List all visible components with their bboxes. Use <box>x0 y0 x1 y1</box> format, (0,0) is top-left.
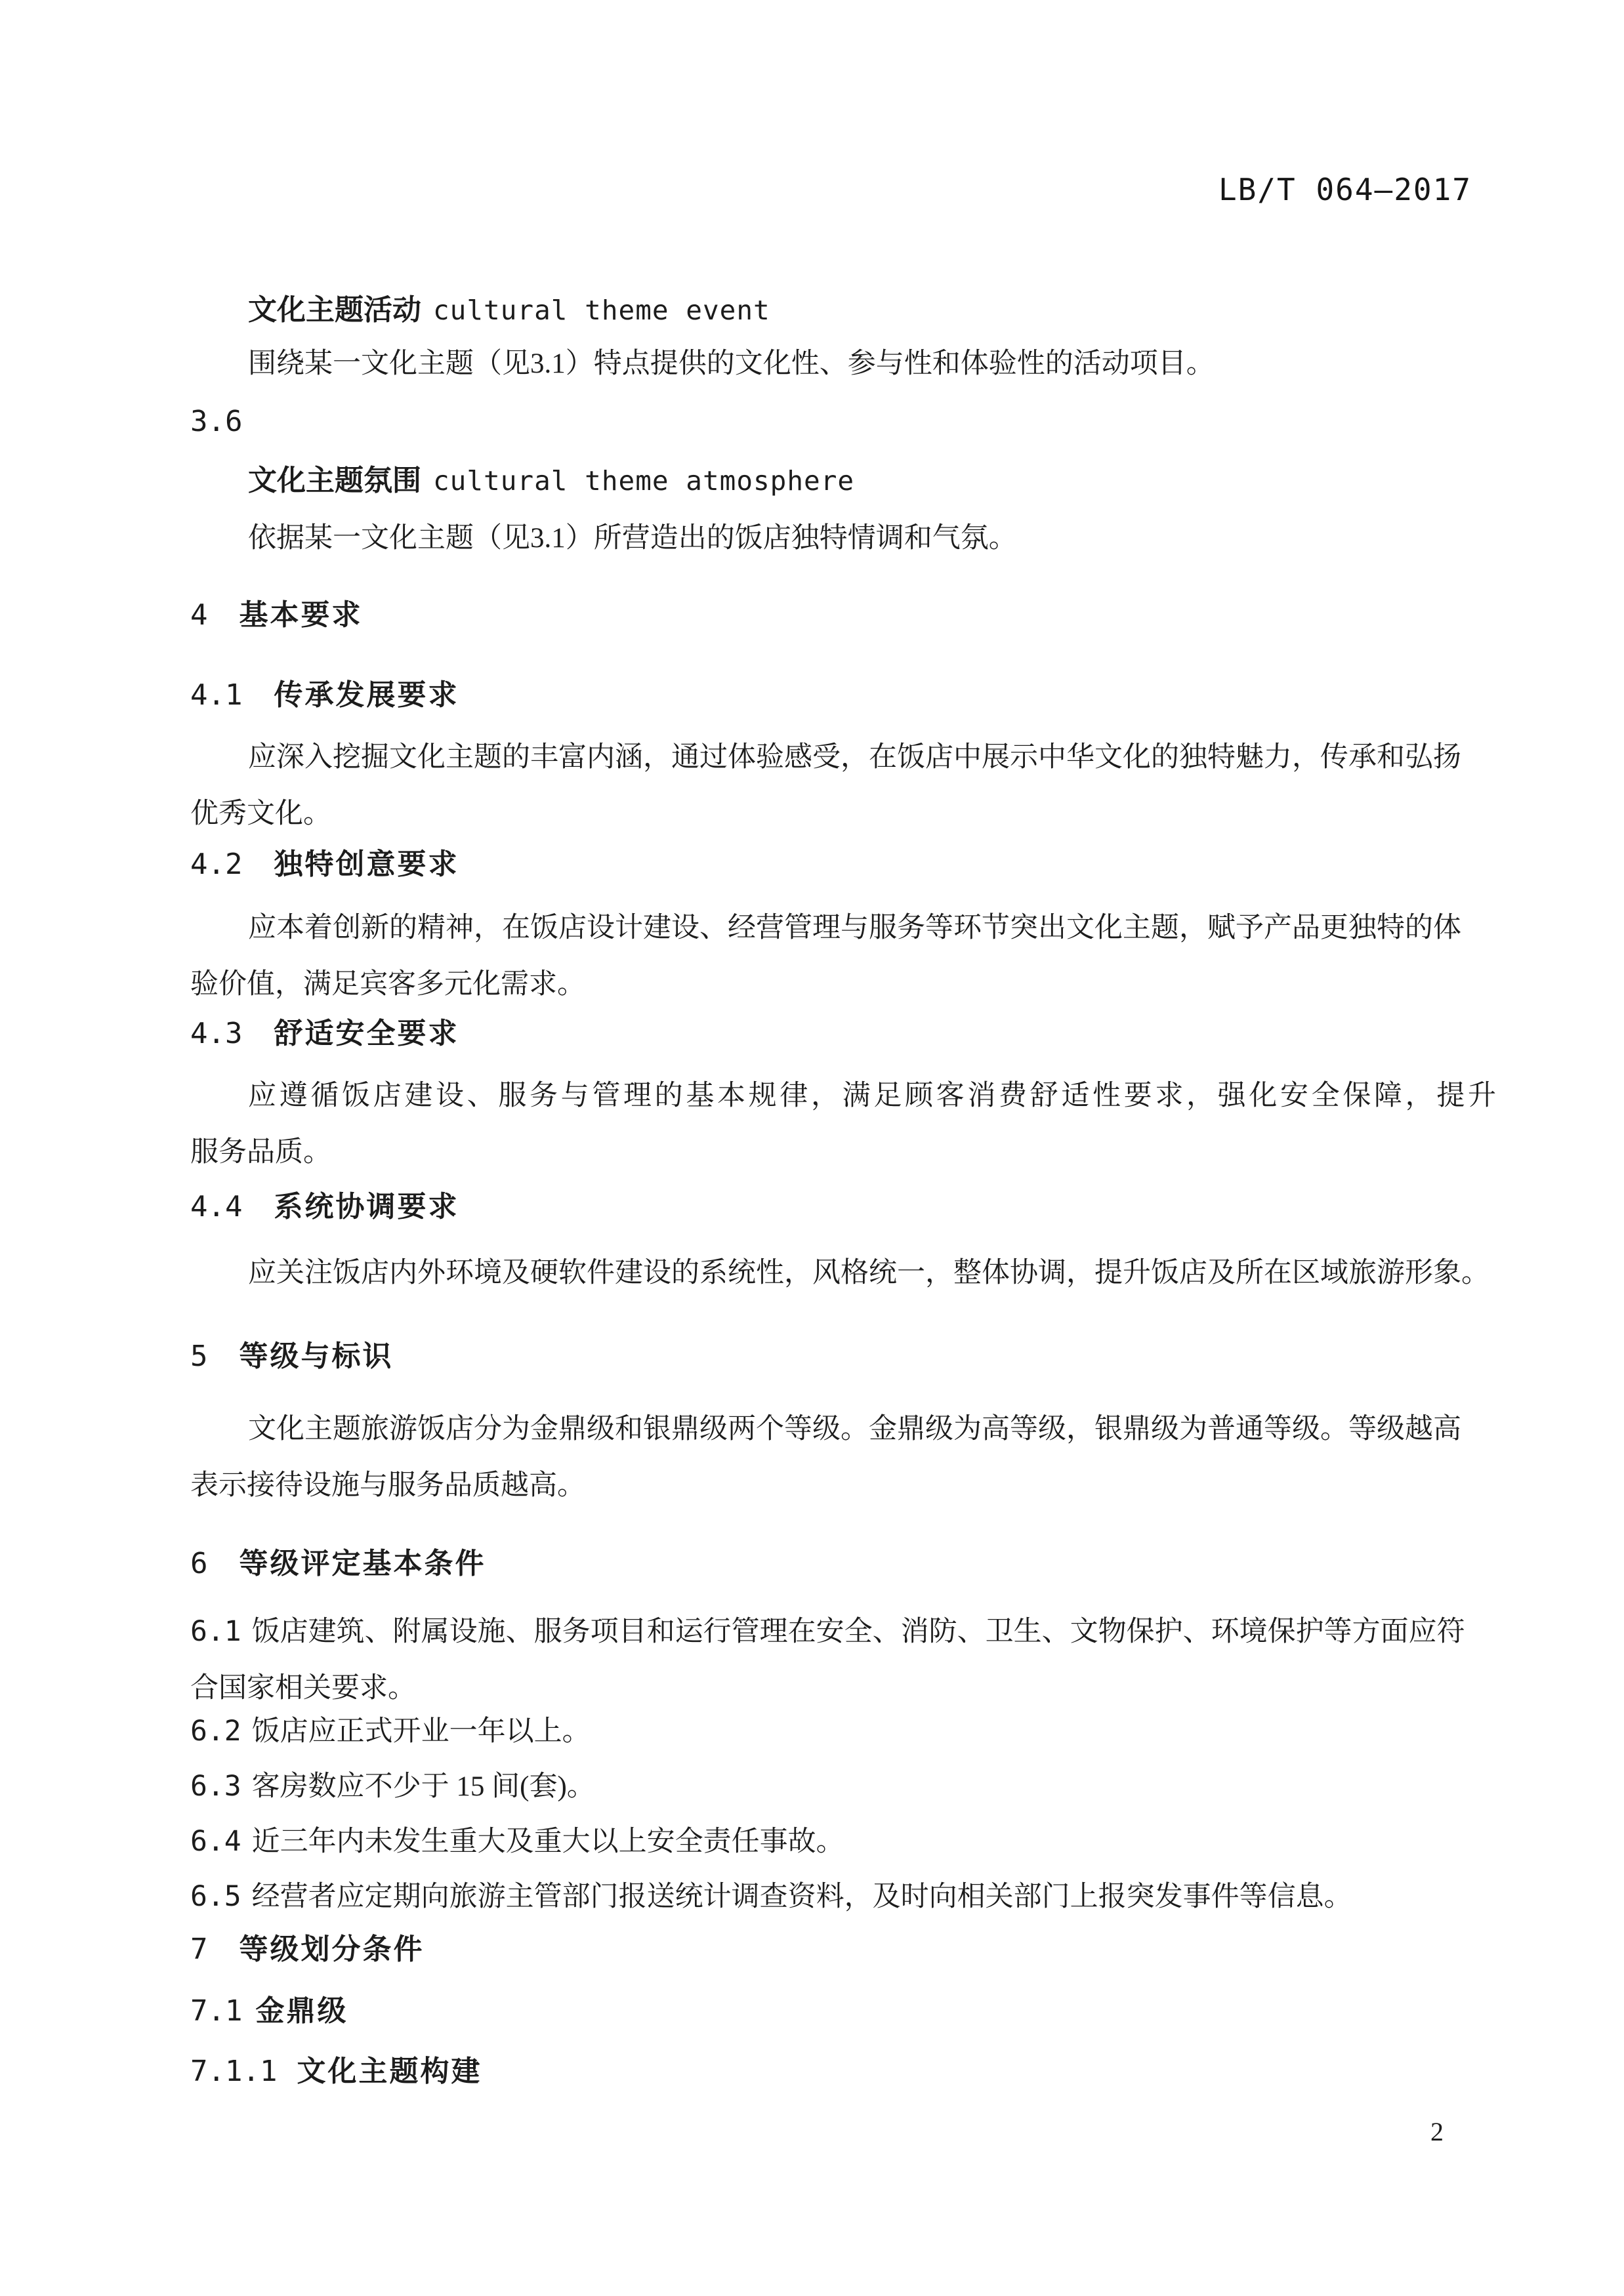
clause-number-3-6: 3.6 <box>190 394 1496 451</box>
section-number: 4.3 <box>190 1017 242 1050</box>
section-title: 独特创意要求 <box>274 848 459 880</box>
section-title: 等级与标识 <box>239 1340 394 1372</box>
paragraph-line: 应深入挖掘文化主题的丰富内涵，通过体验感受，在饭店中展示中华文化的独特魅力，传承… <box>190 729 1496 786</box>
clause-text: 客房数应不少于 15 间(套)。 <box>252 1771 595 1802</box>
section-4-2-paragraph: 应本着创新的精神，在饭店设计建设、经营管理与服务等环节突出文化主题，赋予产品更独… <box>190 900 1496 1013</box>
term-en-label: cultural theme event <box>433 295 770 326</box>
section-number: 4.2 <box>190 848 242 881</box>
term-cultural-theme-event: 文化主题活动cultural theme event <box>190 282 1554 339</box>
section-title: 系统协调要求 <box>274 1191 459 1223</box>
section-number: 4.1 <box>190 678 242 712</box>
clause-text: 饭店建筑、附属设施、服务项目和运行管理在安全、消防、卫生、文物保护、环境保护等方… <box>252 1616 1465 1647</box>
term-cultural-theme-event-definition: 围绕某一文化主题（见3.1）特点提供的文化性、参与性和体验性的活动项目。 <box>190 336 1496 392</box>
clause-number: 6.4 <box>190 1825 241 1858</box>
section-4-4-heading: 4.4系统协调要求 <box>190 1189 1496 1226</box>
section-7-1-heading: 7.1金鼎级 <box>190 1993 1496 2030</box>
clause-6-5: 6.5经营者应定期向旅游主管部门报送统计调查资料，及时向相关部门上报突发事件等信… <box>190 1868 1496 1925</box>
section-7-1-1-heading: 7.1.1文化主题构建 <box>190 2053 1496 2091</box>
section-title: 等级评定基本条件 <box>239 1548 486 1580</box>
clause-number: 6.2 <box>190 1715 241 1748</box>
section-4-2-heading: 4.2独特创意要求 <box>190 846 1496 884</box>
section-title: 文化主题构建 <box>297 2055 482 2087</box>
section-number: 6 <box>190 1547 208 1580</box>
clause-text: 经营者应定期向旅游主管部门报送统计调查资料，及时向相关部门上报突发事件等信息。 <box>252 1881 1352 1912</box>
paragraph-line: 优秀文化。 <box>190 786 1496 842</box>
paragraph-line: 文化主题旅游饭店分为金鼎级和银鼎级两个等级。金鼎级为高等级，银鼎级为普通等级。等… <box>190 1401 1496 1458</box>
clause-text: 近三年内未发生重大及重大以上安全责任事故。 <box>252 1826 844 1857</box>
clause-6-2: 6.2饭店应正式开业一年以上。 <box>190 1703 1496 1760</box>
standard-document-page: LB/T 064—2017 文化主题活动cultural theme event… <box>0 0 1624 2296</box>
section-number: 7 <box>190 1933 208 1966</box>
page-number: 2 <box>1430 2116 1444 2147</box>
section-title: 等级划分条件 <box>239 1933 425 1965</box>
section-6-heading: 6等级评定基本条件 <box>190 1546 1496 1583</box>
section-title: 基本要求 <box>239 599 363 631</box>
term-en-label: cultural theme atmosphere <box>433 465 854 497</box>
paragraph-line: 应关注饭店内外环境及硬软件建设的系统性，风格统一，整体协调，提升饭店及所在区域旅… <box>190 1245 1496 1302</box>
clause-number: 6.5 <box>190 1880 241 1913</box>
section-title: 舒适安全要求 <box>274 1017 459 1050</box>
section-number: 4.4 <box>190 1190 242 1223</box>
section-4-3-paragraph: 应遵循饭店建设、服务与管理的基本规律，满足顾客消费舒适性要求，强化安全保障，提升… <box>190 1068 1496 1181</box>
section-5-heading: 5等级与标识 <box>190 1338 1496 1376</box>
clause-number: 6.3 <box>190 1770 241 1803</box>
term-cultural-theme-atmosphere: 文化主题氛围cultural theme atmosphere <box>190 453 1554 510</box>
clause-6-1: 6.1饭店建筑、附属设施、服务项目和运行管理在安全、消防、卫生、文物保护、环境保… <box>190 1603 1496 1717</box>
section-5-paragraph: 文化主题旅游饭店分为金鼎级和银鼎级两个等级。金鼎级为高等级，银鼎级为普通等级。等… <box>190 1401 1496 1514</box>
clause-line: 6.1饭店建筑、附属设施、服务项目和运行管理在安全、消防、卫生、文物保护、环境保… <box>190 1603 1496 1660</box>
section-number: 5 <box>190 1340 208 1373</box>
section-title: 金鼎级 <box>255 1995 348 2027</box>
section-4-heading: 4基本要求 <box>190 597 1496 634</box>
section-number: 7.1 <box>190 1994 242 2028</box>
paragraph-line: 验价值，满足宾客多元化需求。 <box>190 956 1496 1013</box>
paragraph-line: 表示接待设施与服务品质越高。 <box>190 1458 1496 1514</box>
section-4-1-heading: 4.1传承发展要求 <box>190 677 1496 714</box>
section-number: 4 <box>190 598 208 632</box>
document-code: LB/T 064—2017 <box>1218 172 1472 207</box>
clause-6-4: 6.4近三年内未发生重大及重大以上安全责任事故。 <box>190 1813 1496 1870</box>
clause-number: 6.1 <box>190 1615 241 1648</box>
term-zh-label: 文化主题活动 <box>248 294 421 326</box>
clause-6-3: 6.3客房数应不少于 15 间(套)。 <box>190 1758 1496 1815</box>
section-title: 传承发展要求 <box>274 679 459 711</box>
section-4-4-paragraph: 应关注饭店内外环境及硬软件建设的系统性，风格统一，整体协调，提升饭店及所在区域旅… <box>190 1245 1496 1302</box>
term-zh-label: 文化主题氛围 <box>248 464 421 497</box>
section-7-heading: 7等级划分条件 <box>190 1931 1496 1969</box>
paragraph-line: 服务品质。 <box>190 1124 1496 1181</box>
paragraph-line: 应本着创新的精神，在饭店设计建设、经营管理与服务等环节突出文化主题，赋予产品更独… <box>190 900 1496 956</box>
section-4-3-heading: 4.3舒适安全要求 <box>190 1015 1496 1053</box>
paragraph-line: 应遵循饭店建设、服务与管理的基本规律，满足顾客消费舒适性要求，强化安全保障，提升 <box>190 1068 1496 1124</box>
term-cultural-theme-atmosphere-definition: 依据某一文化主题（见3.1）所营造出的饭店独特情调和气氛。 <box>190 510 1496 567</box>
section-4-1-paragraph: 应深入挖掘文化主题的丰富内涵，通过体验感受，在饭店中展示中华文化的独特魅力，传承… <box>190 729 1496 842</box>
clause-text: 饭店应正式开业一年以上。 <box>252 1716 591 1747</box>
section-number: 7.1.1 <box>190 2055 277 2088</box>
